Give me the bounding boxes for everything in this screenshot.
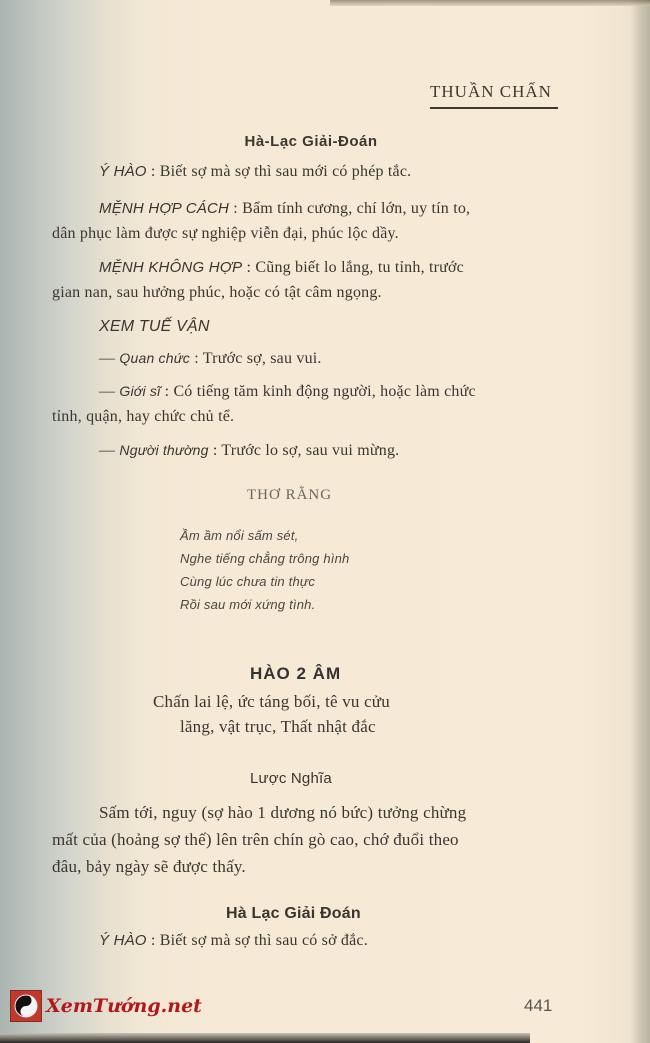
menh-khong-hop-text: : Cũng biết lo lắng, tu tỉnh, trước [247, 259, 464, 276]
dash: — [99, 383, 115, 400]
poem-line: Nghe tiếng chẳng trông hình [180, 551, 349, 566]
menh-hop-cach-label: MỆNH HỢP CÁCH [99, 200, 229, 217]
tue-van-item-quan-chuc: — Quan chức : Trước sợ, sau vui. [99, 350, 322, 368]
menh-khong-hop-line1: MỆNH KHÔNG HỢP : Cũng biết lo lắng, tu t… [99, 259, 464, 277]
running-head: THUẦN CHẤN [430, 82, 552, 102]
menh-hop-cach-text: : Bẩm tính cương, chí lớn, uy tín to, [233, 200, 470, 217]
poem-line: Rồi sau mới xứng tình. [180, 597, 315, 612]
y-hao-line: Ý HÀO : Biết sợ mà sợ thì sau mới có phé… [99, 163, 411, 181]
dash: — [99, 442, 115, 459]
luoc-nghia-line1: Sấm tới, nguy (sợ hào 1 dương nó bức) tư… [99, 803, 466, 823]
watermark: XemTướng.net [10, 990, 202, 1022]
y-hao-label: Ý HÀO [99, 163, 147, 180]
item-label: Người thường [119, 442, 208, 458]
book-page: THUẦN CHẤN Hà-Lạc Giải-Đoán Ý HÀO : Biết… [0, 0, 650, 1043]
luoc-nghia-line3: đâu, bảy ngày sẽ được thấy. [52, 857, 246, 877]
menh-hop-cach-line2: dân phục làm được sự nghiệp viễn đại, ph… [52, 225, 399, 243]
poem-line: Ầm ầm nổi sấm sét, [180, 528, 298, 543]
page-top-edge [330, 0, 650, 6]
dash: — [99, 350, 115, 367]
menh-khong-hop-line2: gian nan, sau hưởng phúc, hoặc có tật câ… [52, 284, 382, 302]
item-text: : Trước lo sợ, sau vui mừng. [213, 442, 400, 459]
luoc-nghia-line2: mất của (hoảng sợ thế) lên trên chín gò … [52, 830, 459, 850]
page-number: 441 [524, 996, 552, 1016]
y-hao-line-2: Ý HÀO : Biết sợ mà sợ thì sau có sở đắc. [99, 932, 368, 950]
hao-2-text-line1: Chấn lai lệ, ức táng bối, tê vu cửu [153, 692, 390, 712]
luoc-nghia-heading: Lược Nghĩa [250, 770, 332, 787]
tue-van-item-gioi-si: — Giới sĩ : Có tiếng tăm kinh động người… [99, 383, 476, 401]
item-label: Giới sĩ [119, 383, 160, 399]
poem-line: Cùng lúc chưa tin thực [180, 574, 315, 589]
menh-hop-cach-line1: MỆNH HỢP CÁCH : Bẩm tính cương, chí lớn,… [99, 200, 470, 218]
item-label: Quan chức [119, 350, 190, 366]
section-heading-ha-lac-2: Hà Lạc Giải Đoán [226, 905, 361, 923]
section-heading-ha-lac: Hà-Lạc Giải-Đoán [0, 133, 636, 150]
watermark-text: XemTướng.net [46, 995, 202, 1017]
hao-2-title: HÀO 2 ÂM [250, 664, 341, 684]
item-text: : Có tiếng tăm kinh động người, hoặc làm… [165, 383, 476, 400]
hao-2-text-line2: lăng, vật trục, Thất nhật đắc [180, 717, 376, 737]
running-head-rule [430, 107, 558, 109]
y-hao-text: : Biết sợ mà sợ thì sau mới có phép tắc. [151, 163, 411, 180]
menh-khong-hop-label: MỆNH KHÔNG HỢP [99, 259, 242, 276]
y-hao-label: Ý HÀO [99, 932, 147, 949]
y-hao-text: : Biết sợ mà sợ thì sau có sở đắc. [151, 932, 368, 949]
poem-title: THƠ RẰNG [247, 487, 332, 504]
page-bottom-edge [0, 1033, 530, 1043]
yin-yang-icon [10, 990, 42, 1022]
item-text: : Trước sợ, sau vui. [194, 350, 321, 367]
xem-tue-van-heading: XEM TUẾ VẬN [99, 318, 210, 336]
tue-van-item-nguoi-thuong: — Người thường : Trước lo sợ, sau vui mừ… [99, 442, 399, 460]
tue-van-item-gioi-si-cont: tỉnh, quận, hay chức chủ tể. [52, 408, 234, 426]
